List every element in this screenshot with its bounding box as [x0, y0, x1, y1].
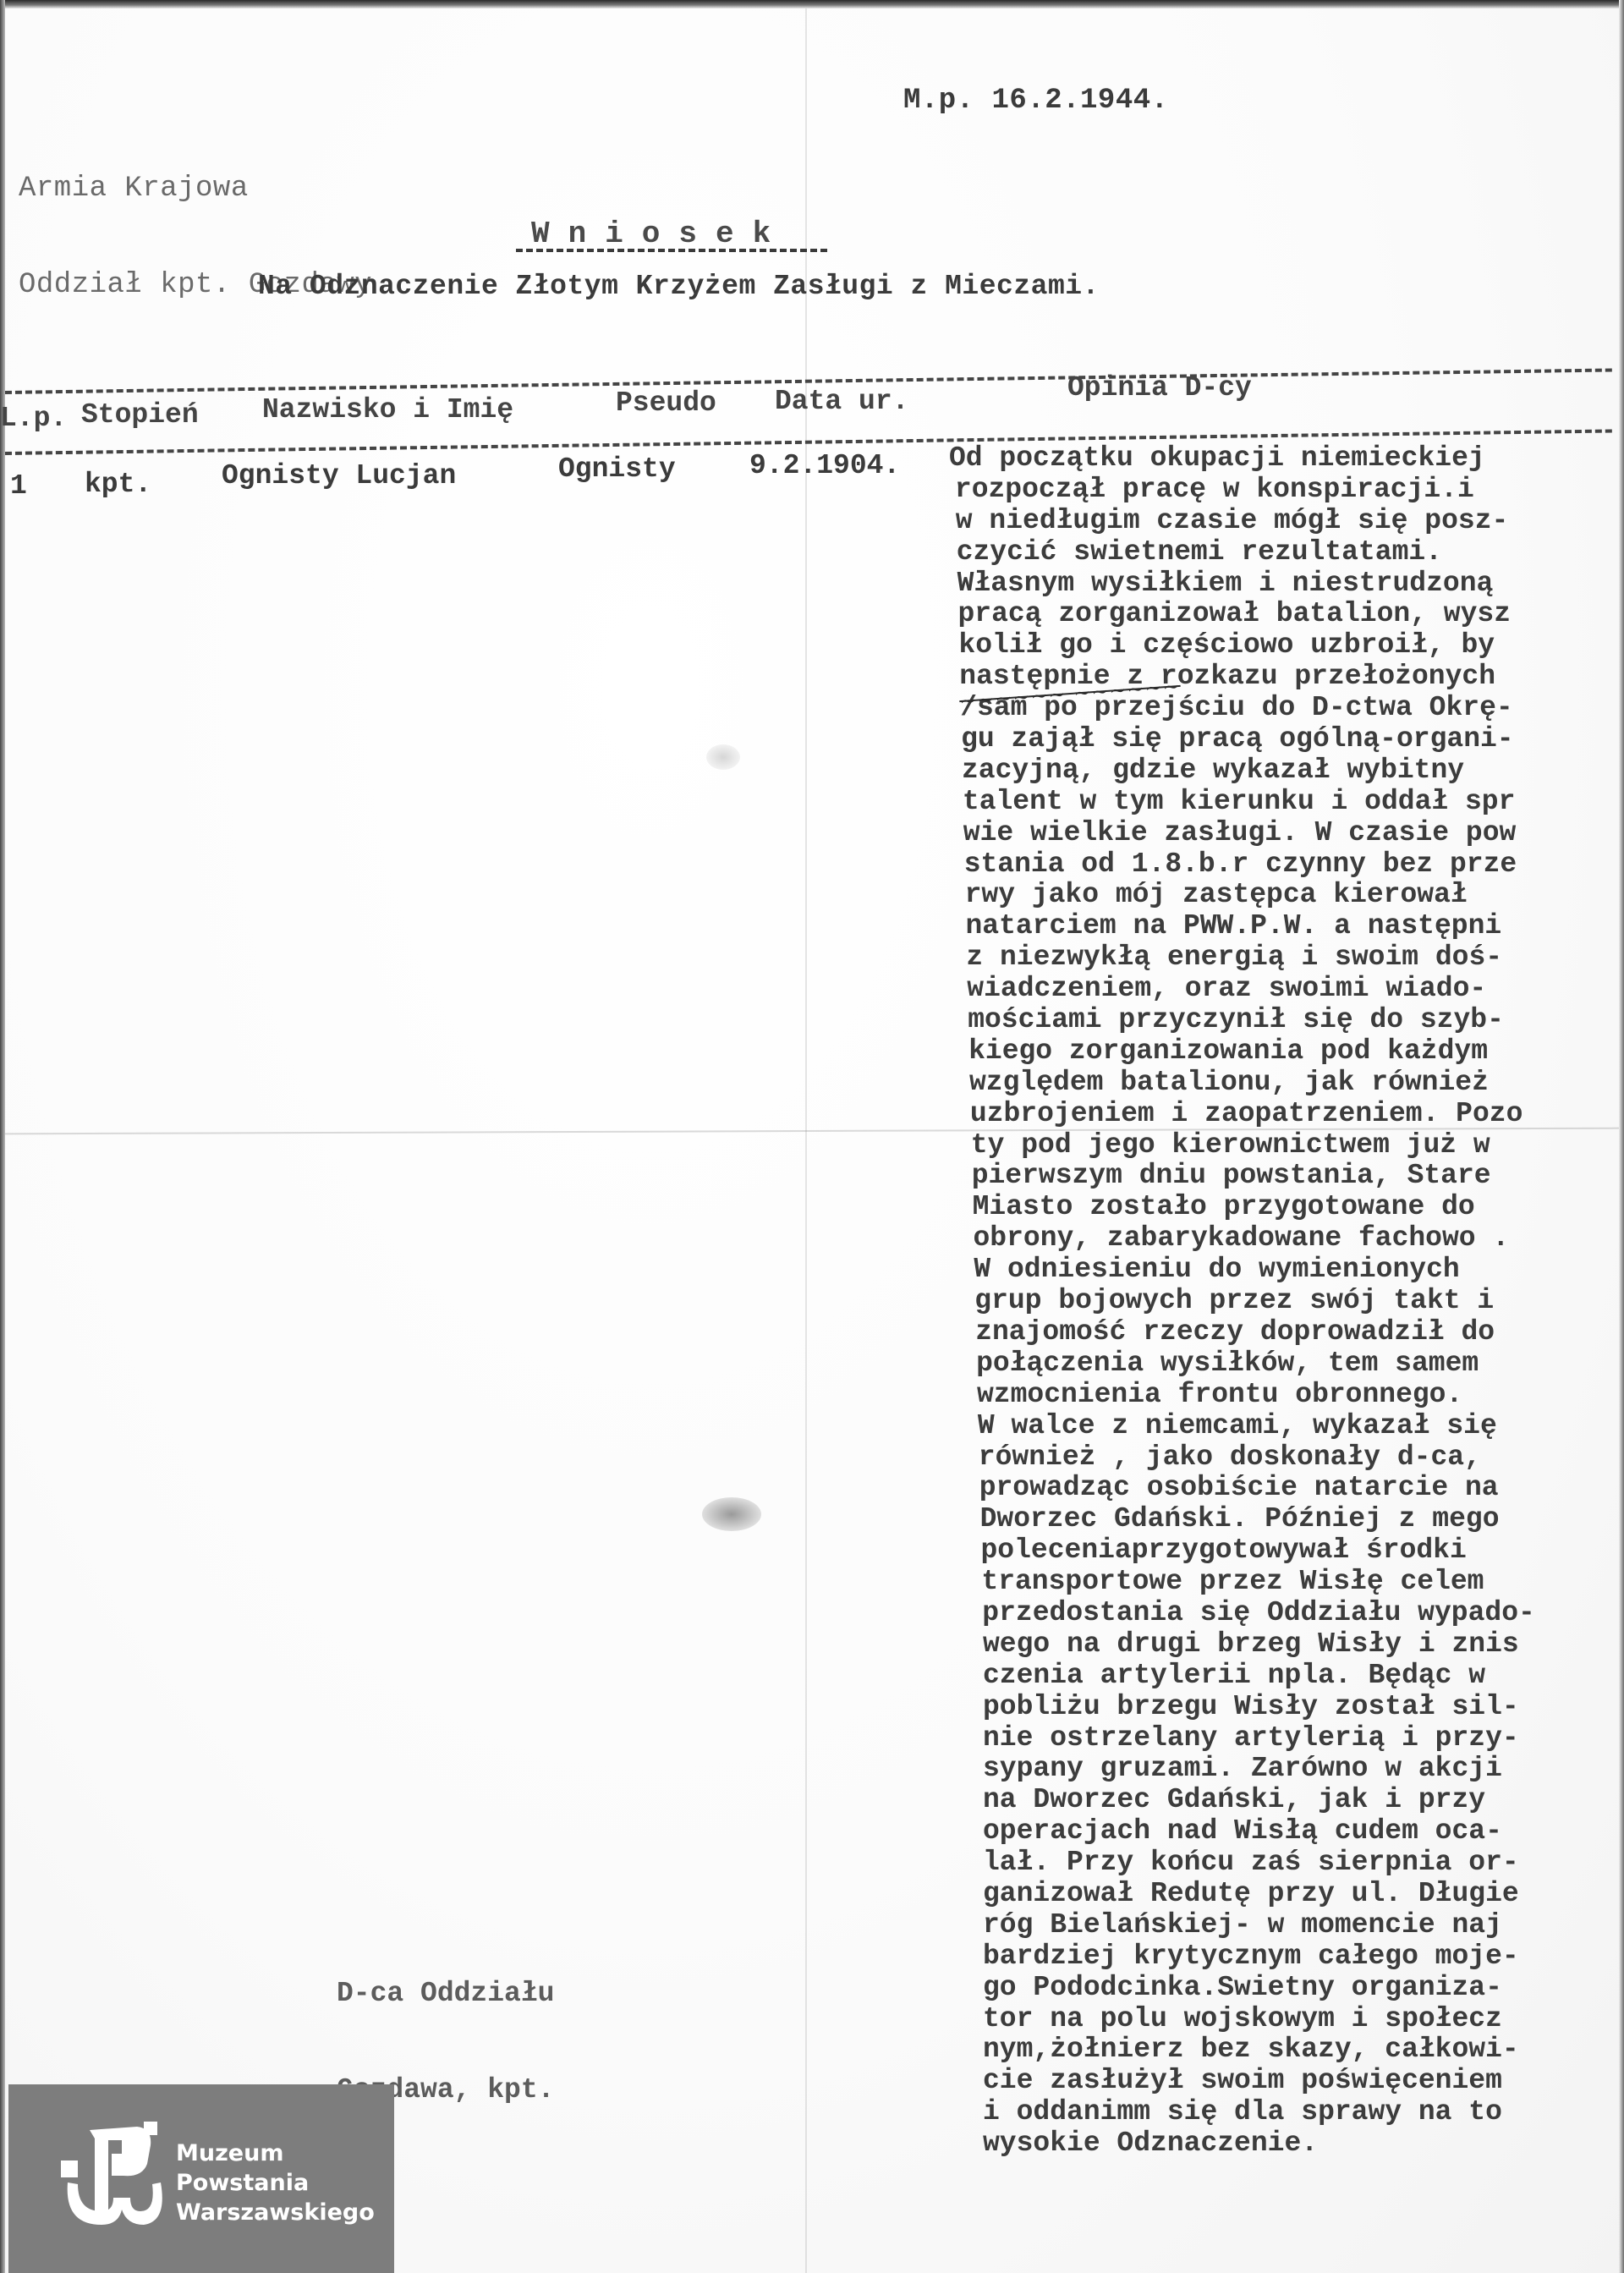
ink-smudge [706, 744, 740, 770]
opinion-line: Miasto zostało przygotowane do [973, 1192, 1617, 1223]
opinion-line: połączenia wysiłków, tem samem [976, 1348, 1617, 1380]
opinion-line: wzmocnienia frontu obronnego. [977, 1380, 1617, 1411]
opinion-line: W odniesieniu do wymienionych [974, 1255, 1617, 1286]
museum-watermark: Muzeum Powstania Warszawskiego [8, 2084, 394, 2273]
cell-rank: kpt. [85, 469, 151, 500]
column-header-birth-date: Data ur. [775, 386, 908, 417]
opinion-line: lał. Przy końcu zaś sierpnia or- [983, 1847, 1617, 1879]
paper-fold-vertical [805, 8, 807, 2273]
cell-name: Ognisty Lucjan [222, 460, 456, 491]
opinion-line: czycić swietnemi rezultatami. [957, 537, 1617, 568]
opinion-line: cie zasłużył swoim poświęceniem [983, 2066, 1617, 2097]
opinion-line: znajomość rzeczy doprowadził do [975, 1317, 1617, 1348]
column-header-name: Nazwisko i Imię [262, 394, 513, 426]
opinion-line: czenia artylerii npla. Będąc w [983, 1661, 1617, 1692]
museum-name-line3: Warszawskiego [176, 2198, 375, 2227]
opinion-line: wiadczeniem, oraz swoimi wiado- [967, 974, 1617, 1005]
document-title: Wniosek [531, 218, 789, 250]
opinion-line: rozpoczął pracę w konspiracji.i [955, 475, 1617, 506]
opinion-line: również , jako doskonały d-ca, [979, 1442, 1617, 1474]
opinion-line: obrony, zabarykadowane fachowo . [974, 1223, 1618, 1255]
museum-name-line1: Muzeum [176, 2138, 375, 2168]
document-subtitle: Na Odznaczenie Złotym Krzyżem Zasługi z … [258, 271, 1100, 303]
opinion-line: z niezwykłą energią i swoim doś- [966, 942, 1617, 974]
opinion-line: tor na polu wojskowym i społecz [983, 2004, 1617, 2035]
column-header-opinion: Opinia D-cy [1067, 372, 1252, 404]
column-header-lp: L.p. [0, 403, 67, 434]
opinion-line: pracą zorganizował batalion, wysz [958, 599, 1618, 630]
opinion-line: sypany gruzami. Zarówno w akcji [983, 1754, 1617, 1785]
place-date: M.p. 16.2.1944. [903, 85, 1169, 117]
cell-birth-date: 9.2.1904. [749, 450, 900, 481]
signature-title: D-ca Oddziału [337, 1978, 554, 2010]
cell-pseudonym: Ognisty [558, 453, 676, 485]
opinion-line: W walce z niemcami, wykazał się [978, 1411, 1617, 1442]
museum-name-line2: Powstania [176, 2168, 375, 2198]
opinion-line: prowadząc osobiście natarcie na [979, 1473, 1617, 1504]
opinion-line: transportowe przez Wisłę celem [981, 1567, 1617, 1598]
opinion-line: wie wielkie zasługi. W czasie pow [963, 818, 1617, 849]
opinion-line: poleceniaprzygotowywał środki [981, 1535, 1618, 1567]
scan-edge-left [0, 0, 5, 2273]
opinion-line: róg Bielańskiej- w momencie naj [983, 1910, 1617, 1941]
opinion-line: na Dworzec Gdański, jak i przy [983, 1785, 1617, 1816]
museum-name: Muzeum Powstania Warszawskiego [176, 2138, 375, 2227]
opinion-line: gu zajął się pracą ogólną-organi- [961, 724, 1617, 755]
opinion-line: talent w tym kierunku i oddał spr [963, 787, 1617, 818]
opinion-line: kiego zorganizowania pod każdym [968, 1036, 1617, 1068]
opinion-line: wysokie Odznaczenie. [983, 2128, 1617, 2160]
opinion-line: ty pod jego kierownictwem już w [971, 1130, 1617, 1161]
kotwica-anchor-icon [59, 2120, 169, 2230]
column-header-rank: Stopień [81, 399, 199, 431]
opinion-line: Dworzec Gdański. Później z mego [980, 1504, 1617, 1535]
opinion-line: przedostania się Oddziału wypado- [982, 1598, 1617, 1629]
opinion-line: i oddanimm się dla sprawy na to [983, 2097, 1617, 2128]
opinion-line: względem batalionu, jak również [969, 1068, 1617, 1099]
opinion-line: nie ostrzelany artylerią i przy- [983, 1723, 1617, 1754]
ink-smudge [702, 1497, 761, 1531]
opinion-line: pobliżu brzegu Wisły został sil- [983, 1692, 1617, 1723]
opinion-line: wego na drugi brzeg Wisły i znis [983, 1629, 1617, 1661]
opinion-line: kolił go i częściowo uzbroił, by [958, 630, 1617, 662]
opinion-line: bardziej krytycznym całego moje- [983, 1941, 1617, 1973]
opinion-line: grup bojowych przez swój takt i [974, 1286, 1617, 1317]
opinion-line: Własnym wysiłkiem i niestrudzoną [957, 568, 1617, 600]
opinion-line: mościami przyczynił się do szyb- [968, 1005, 1617, 1036]
opinion-line: stania od 1.8.b.r czynny bez prze [964, 849, 1617, 881]
opinion-line: operacjach nad Wisłą cudem oca- [983, 1816, 1617, 1847]
opinion-line: zacyjną, gdzie wykazał wybitny [962, 755, 1617, 787]
opinion-line: pierwszym dniu powstania, Stare [972, 1161, 1617, 1192]
cell-lp: 1 [10, 470, 27, 502]
scan-edge-right [1619, 0, 1624, 2273]
opinion-line: natarciem na PWW.P.W. a następni [966, 911, 1618, 942]
opinion-line: uzbrojeniem i zaopatrzeniem. Pozo [970, 1099, 1617, 1130]
scan-edge-top [0, 0, 1624, 8]
opinion-line: w niedługim czasie mógł się posz- [956, 506, 1617, 537]
column-header-pseudonym: Pseudo [616, 387, 716, 419]
organization-name: Armia Krajowa [19, 173, 372, 205]
opinion-line: rwy jako mój zastępca kierował [965, 880, 1617, 911]
title-underline [516, 249, 827, 252]
opinion-line: Od początku okupacji niemieckiej [949, 443, 1617, 475]
opinion-line: ganizował Redutę przy ul. Długie [983, 1879, 1617, 1910]
opinion-line: go Pododcinka.Swietny organiza- [983, 1973, 1617, 2004]
opinion-line: nym,żołnierz bez skazy, całkowi- [983, 2034, 1617, 2066]
